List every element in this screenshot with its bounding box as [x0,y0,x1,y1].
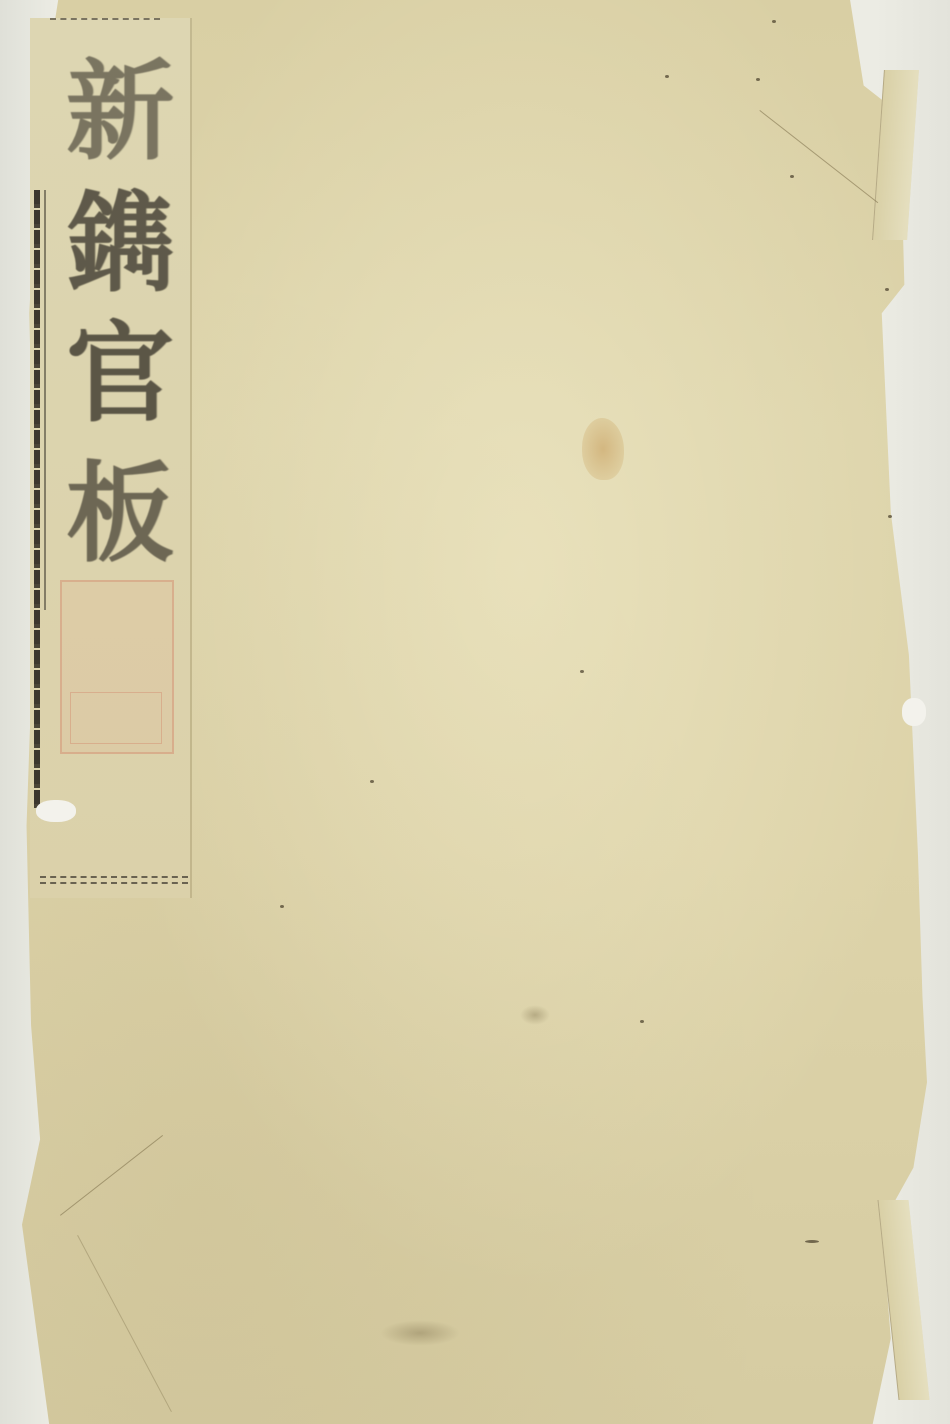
title-character-4: 板 [58,460,182,568]
title-slip-top-rule [50,18,160,23]
ink-fleck [772,20,776,23]
ink-fleck [805,1240,819,1243]
ink-fleck [756,78,760,81]
smudge-mid [520,1005,550,1025]
water-stain [582,418,624,480]
seal-inner-border [70,692,162,744]
title-character-2: 鐫 [58,190,182,298]
ink-fleck [888,515,892,518]
ink-fleck [665,75,669,78]
ink-fleck [790,175,794,178]
title-slip-border-rule [34,190,40,810]
red-seal-stamp [60,580,174,754]
title-character-1: 新 [58,58,182,166]
ink-fleck [280,905,284,908]
paper-hole-slip [36,800,76,822]
ink-fleck [640,1020,644,1023]
paper-hole-right [902,698,926,726]
title-character-3: 官 [58,320,182,428]
title-slip-bottom-rule [40,876,188,884]
title-slip-inner-rule [44,190,46,610]
ink-fleck [370,780,374,783]
smudge-bottom [380,1320,460,1346]
ink-fleck [885,288,889,291]
ink-fleck [580,670,584,673]
